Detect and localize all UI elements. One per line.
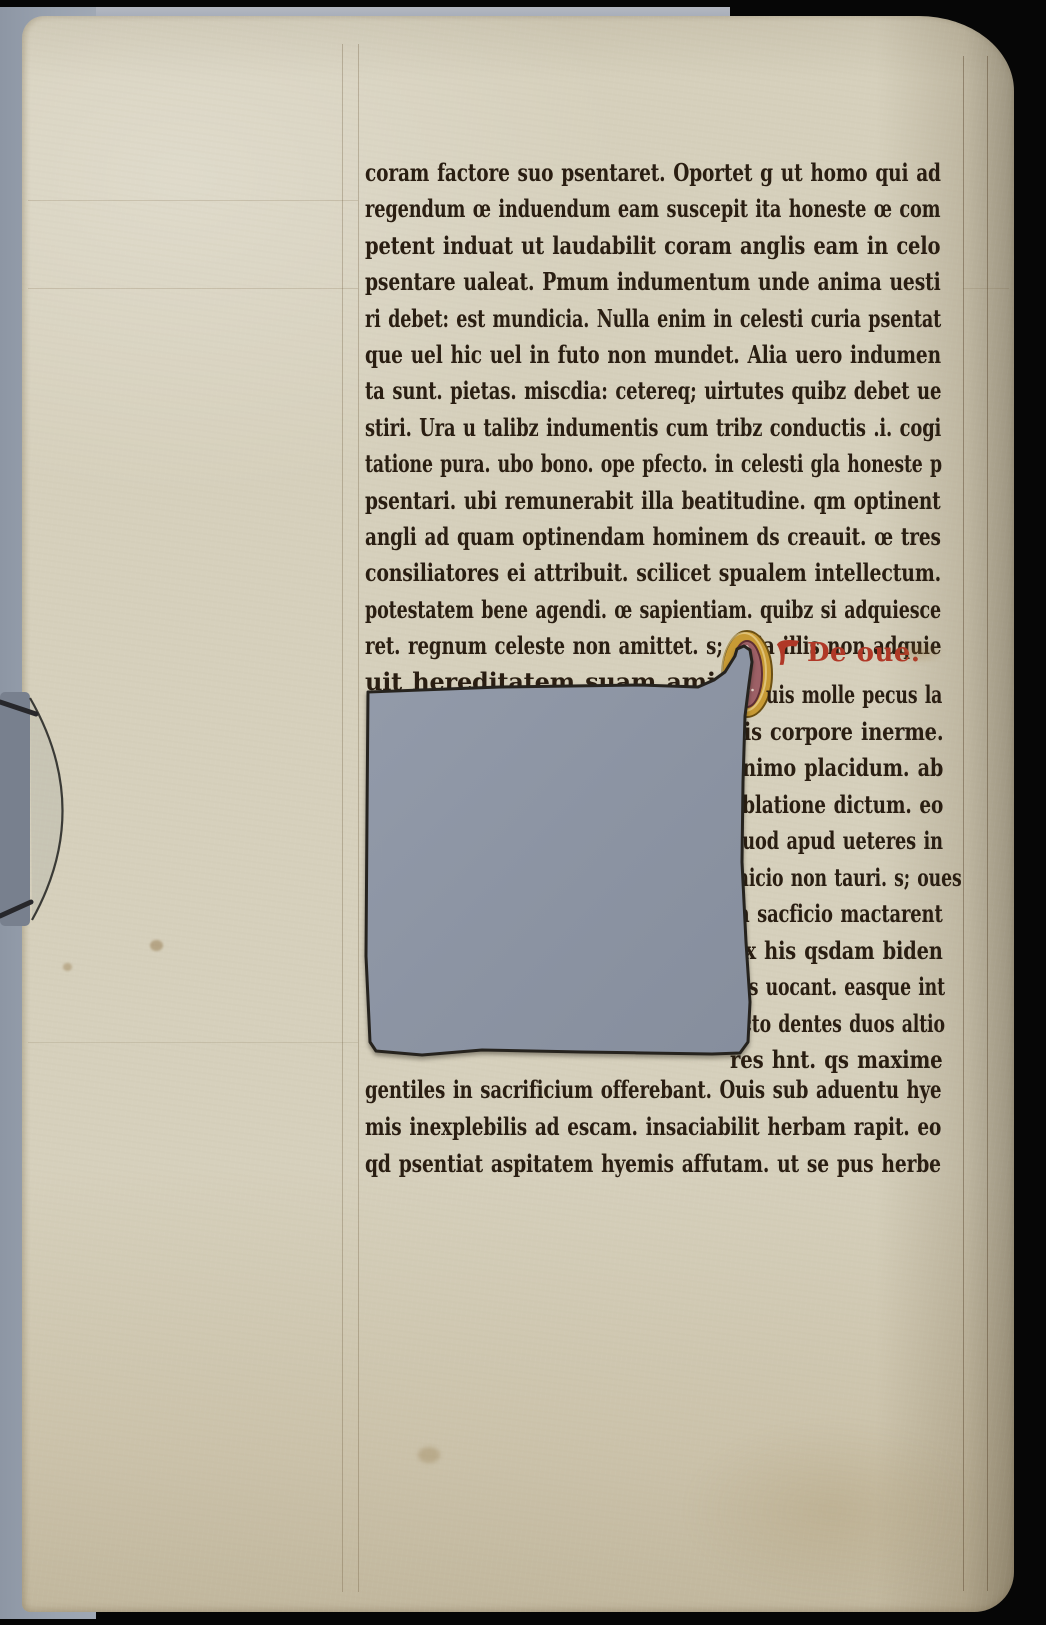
text-line: regendum œ induendum eam suscepit ita ho…: [365, 194, 791, 230]
ruling-line-vertical-left-inner: [358, 44, 359, 1592]
text-line: quod apud ueteres in: [730, 826, 888, 863]
text-line: mis inexplebilis ad escam. insaciabilit …: [365, 1112, 809, 1149]
parchment-stain: [418, 1447, 440, 1463]
parchment-stain: [150, 940, 163, 951]
text-line: gentiles in sacrificium offerebant. Ouis…: [365, 1075, 800, 1112]
text-line: Ex his qsdam biden: [730, 936, 902, 973]
text-block-bottom: gentiles in sacrificium offerebant. Ouis…: [365, 1075, 941, 1186]
text-line: inicio non tauri. s; oues: [730, 863, 883, 900]
ruling-line-horizontal-top: [28, 200, 358, 201]
text-line: uis molle pecus la: [730, 680, 883, 717]
text-block-main: coram factore suo psentaret. Oportet g u…: [365, 158, 941, 704]
text-line: octo dentes duos altio: [730, 1009, 883, 1046]
text-line: que uel hic uel in futo non mundet. Alia…: [365, 340, 811, 376]
ruling-line-vertical-right-outer: [987, 56, 988, 1591]
text-line: consiliatores ei attribuit. scilicet spu…: [365, 558, 818, 594]
text-line: oblatione dictum. eo: [730, 790, 894, 827]
text-line: tatione pura. ubo bono. ope pfecto. in c…: [365, 449, 780, 485]
text-line: nis corpore inerme.: [730, 717, 902, 754]
parchment-stain: [63, 963, 72, 971]
manuscript-photo: coram factore suo psentaret. Oportet g u…: [0, 0, 1046, 1625]
text-line: stiri. Ura u talibz indumentis cum tribz…: [365, 413, 794, 449]
text-block-column: uis molle pecus la nis corpore inerme. a…: [730, 680, 943, 1082]
page-holder-clip: [0, 690, 104, 932]
text-line: angli ad quam optinendam hominem ds crea…: [365, 522, 809, 558]
text-line: in sacficio mactarent: [730, 899, 889, 936]
text-line: ri debet: est mundicia. Nulla enim in ce…: [365, 304, 787, 340]
rubric-label: De oue.: [807, 638, 920, 668]
text-line: potestatem bene agendi. œ sapientiam. qu…: [365, 595, 785, 631]
ruling-line-horizontal-right: [963, 288, 1009, 289]
text-line: coram factore suo psentaret. Oportet g u…: [365, 158, 810, 194]
ruling-line-vertical-right-inner: [963, 56, 964, 1591]
manuscript-page: coram factore suo psentaret. Oportet g u…: [22, 16, 1014, 1612]
text-line: animo placidum. ab: [730, 753, 901, 790]
paraph-icon: [776, 638, 800, 666]
chapter-rubric: De oue.: [776, 638, 920, 668]
text-line: qd psentiat aspitatem hyemis affutam. ut…: [365, 1149, 813, 1186]
parchment-stain: [682, 1420, 982, 1600]
ruling-line-horizontal-mid: [28, 288, 358, 289]
text-line: psentare ualeat. Pmum indumentum unde an…: [365, 267, 814, 303]
text-line: ta sunt. pietas. miscdia: cetereq; uirtu…: [365, 376, 798, 412]
text-line: petent induat ut laudabilit coram anglis…: [365, 231, 833, 267]
ruling-line-vertical-left-outer: [342, 44, 343, 1592]
clip-icon: [0, 690, 104, 928]
ruling-line-horizontal-lower: [28, 1042, 358, 1043]
text-line: tes uocant. easque int: [730, 972, 883, 1009]
text-line: psentari. ubi remunerabit illa beatitudi…: [365, 486, 810, 522]
